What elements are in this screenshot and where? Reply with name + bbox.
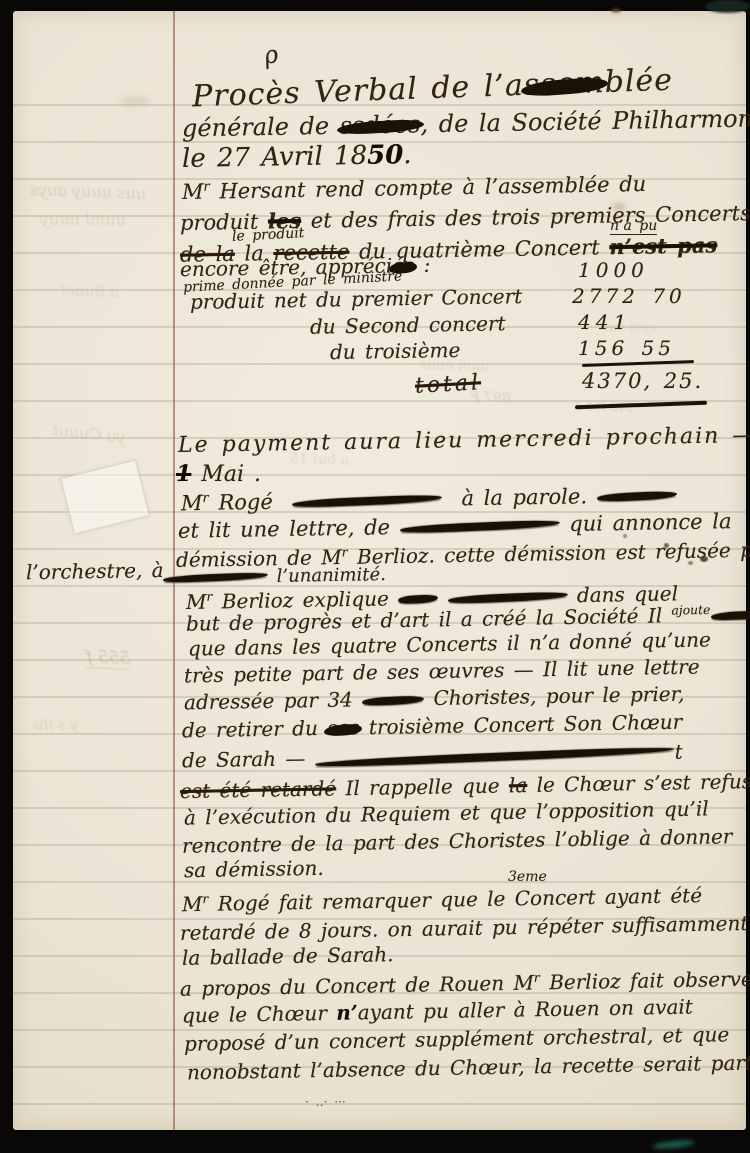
handwriting-segment: nonobstant l’absence du Chœur, la recett… — [187, 1050, 750, 1085]
ink-blot — [163, 572, 268, 583]
handwriting-segment: n’ — [336, 1000, 358, 1024]
handwriting-segment: t — [674, 740, 682, 764]
manuscript-line: Mr Hersant rend compte à l’assemblée du — [182, 172, 647, 204]
handwriting-segment: 3eme — [508, 869, 547, 885]
manuscript-line: et lit une lettre, de qui annonce la — [178, 509, 732, 543]
handwriting-segment: produit net du premier Concert — [190, 284, 523, 314]
handwriting-segment: de retirer du — [182, 716, 328, 743]
handwriting-segment: ssem — [523, 65, 605, 103]
manuscript-line: du Second concert — [310, 312, 506, 338]
handwriting-segment: Mai . — [191, 462, 261, 487]
handwriting-segment: 1 — [176, 461, 191, 487]
handwriting-segment: blée — [604, 63, 673, 100]
handwriting-segment: du Second concert — [310, 311, 506, 338]
manuscript-line: Mr Rogé fait remarquer que le Concert ay… — [182, 883, 702, 916]
handwriting-segment: ρ — [261, 40, 281, 70]
total-label: total — [414, 370, 481, 399]
handwriting-segment — [438, 585, 448, 609]
manuscript-line: de retirer du ses troisième Concert Son … — [182, 711, 683, 743]
handwriting-segment: · ‥· ··· — [305, 1095, 346, 1109]
handwriting-segment: adressée par 34 — [184, 687, 363, 714]
scanned-page: { "scan": { "background_color": "#0a0908… — [0, 0, 750, 1153]
handwriting-segment: 50 — [367, 140, 404, 171]
handwriting-segment: ayant pu aller à Rouen on avait — [358, 995, 694, 1025]
manuscript-line: retardé de 8 jours. on aurait pu répéter… — [180, 912, 749, 945]
handwriting-segment: qui annonce la — [559, 509, 731, 536]
handwriting-segment: Rogé fait remarquer que le Concert ayant… — [208, 883, 702, 916]
handwriting-segment: 2772 70 — [572, 284, 686, 308]
manuscript-line: l’unanimité. — [163, 565, 386, 590]
manuscript-line: nonobstant l’absence du Chœur, la recett… — [187, 1051, 750, 1085]
handwriting-segment: de Sarah — — [182, 746, 315, 772]
manuscript-line: produit net du premier Concert — [190, 285, 523, 314]
handwriting-segment: M — [182, 892, 203, 916]
amount-second-concert: 441 — [578, 311, 631, 334]
ink-blot — [447, 591, 567, 604]
handwriting-segment: l’unanimité. — [268, 564, 386, 587]
manuscript-line: du troisième — [330, 339, 461, 364]
handwriting-segment: retardé de 8 jours. on aurait pu répéter… — [180, 911, 749, 945]
pen-mark: ρ — [261, 41, 281, 71]
handwriting-segment: M — [181, 491, 203, 515]
ink-dots: · ‥· ··· — [305, 1096, 346, 1110]
handwriting-segment: proposé d’un concert supplément orchestr… — [184, 1022, 730, 1056]
amount-third-concert: 156 55 — [578, 337, 675, 360]
handwriting-segment: Il rappelle que — [336, 773, 509, 800]
manuscript-line: sa démission. — [184, 857, 324, 882]
ink-blot — [292, 494, 442, 508]
handwriting-segment: Choristes, pour le prier, — [424, 682, 685, 711]
ink-blot — [362, 695, 424, 705]
margin-note: l’orchestre, à — [26, 559, 173, 585]
ink-blot — [400, 520, 560, 535]
handwriting-segment: troisième Concert Son Chœur — [359, 710, 682, 740]
handwriting-segment: à la parole. — [442, 484, 597, 511]
handwriting-segment: n’a pu — [610, 218, 657, 235]
manuscript-line: adressée par 34 Choristes, pour le prier… — [184, 683, 685, 715]
handwriting-segment: rencontre de la part des Choristes l’obl… — [182, 824, 733, 858]
handwriting-segment: du troisième — [330, 338, 461, 364]
handwriting-segment: sa démission. — [184, 856, 324, 882]
handwriting-segment: et lit une lettre, de — [178, 515, 400, 543]
handwriting-segment: 441 — [578, 310, 631, 334]
title-date: le 27 Avril 1850. — [182, 141, 412, 175]
ink-blot — [315, 745, 675, 767]
manuscript-line: de Sarah — t — [182, 741, 683, 773]
handwriting-segment: est été retardé — [180, 776, 337, 803]
handwriting-segment: Hersant rend compte à l’assemblée du — [210, 172, 647, 204]
manuscript-line: 1 Mai . — [176, 462, 261, 487]
manuscript-line: la ballade de Sarah. — [182, 943, 394, 970]
handwriting-segment: 4370, 25. — [582, 369, 703, 393]
handwriting-segment: M — [182, 180, 204, 204]
handwriting-segment: M — [186, 590, 207, 614]
manuscript-line: que le Chœur n’ayant pu aller à Rouen on… — [182, 996, 693, 1028]
manuscript-line: à l’exécution du Requiem et que l’opposi… — [184, 797, 709, 829]
handwriting-segment: 1000 — [578, 258, 649, 282]
handwriting-segment: ajoute — [671, 602, 710, 618]
handwriting-segment: le Chœur s’est refusé — [527, 769, 750, 797]
handwriting-segment: et des frais des trois premiers Concerts… — [301, 201, 750, 233]
manuscript-line: proposé d’un concert supplément orchestr… — [184, 1023, 730, 1056]
manuscript-line: rencontre de la part des Choristes l’obl… — [182, 825, 733, 858]
handwriting-segment: Berlioz fait observer — [540, 967, 750, 995]
handwriting-segment: n’est pas — [609, 232, 717, 259]
ink-blot — [710, 610, 750, 620]
handwriting-segment: générale de — [182, 112, 340, 143]
amount-prime: 1000 — [578, 259, 649, 282]
handwriting-segment: Le payment aura lieu mercredi prochain — — [178, 423, 750, 458]
total-amount: 4370, 25. — [582, 369, 703, 393]
ink-blot — [398, 595, 438, 605]
handwriting-segment: ses — [327, 715, 360, 740]
handwriting-segment: la ballade de Sarah. — [182, 942, 394, 970]
handwriting-segment: Berlioz. cette démission est refusée par — [347, 537, 750, 568]
handwriting-segment: a propos du Concert de Rouen M — [180, 971, 534, 1001]
manuscript-lines: ρProcès Verbal de l’assembléegénérale de… — [0, 0, 750, 1153]
handwriting-segment: le 27 Avril 18 — [182, 141, 368, 174]
handwriting-segment: total — [414, 370, 481, 398]
interline-insertion-2: n’a pu — [610, 218, 657, 234]
handwriting-segment: Rogé — [209, 489, 293, 514]
interline-insertion-3: 3eme — [508, 869, 547, 885]
amount-first-concert: 2772 70 — [572, 285, 686, 308]
handwriting-segment: Procès Verbal de l’a — [192, 68, 525, 115]
handwriting-segment: l’orchestre, à — [26, 558, 173, 585]
ink-blot — [597, 491, 677, 503]
handwriting-segment: 156 55 — [578, 336, 675, 360]
handwriting-segment: ssdées — [339, 110, 420, 139]
handwriting-segment: que le Chœur — [182, 1001, 337, 1028]
manuscript-line: Le payment aura lieu mercredi prochain — — [178, 423, 750, 458]
handwriting-segment: la — [509, 773, 528, 797]
handwriting-segment: . — [403, 140, 412, 170]
handwriting-segment: , de la Société Philharmonique — [420, 104, 750, 139]
